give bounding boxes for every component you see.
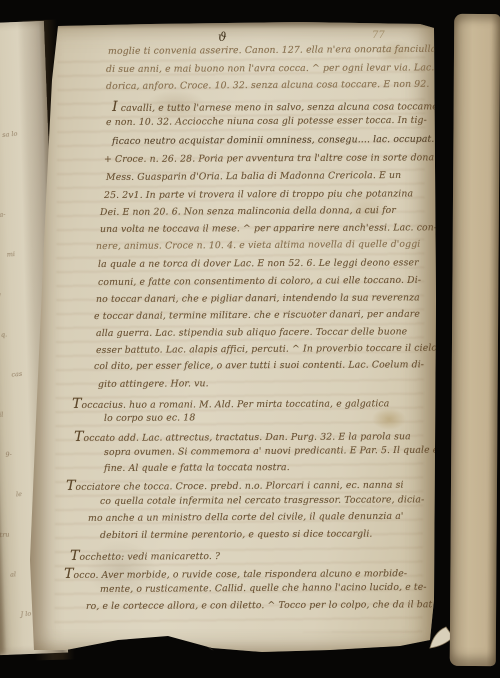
manuscript-line: lo corpo suo ec. 18 (104, 412, 195, 424)
manuscript-line: fine. Al quale e fatta la toccata nostra… (104, 462, 290, 474)
facing-page-text-ghost: J lo (20, 610, 31, 619)
manuscript-line: + Croce. n. 26. 28. Poria per avventura … (104, 152, 434, 165)
folio-number: 77 (372, 30, 385, 41)
manuscript-line: gito attingere. Hor. vu. (98, 378, 209, 390)
manuscript-line: co quella cotale infermita nel cercato t… (100, 494, 424, 507)
manuscript-line: ficaco neutro acquistar dominii omniness… (112, 134, 435, 147)
facing-page-text-ghost: al (10, 570, 17, 579)
facing-page-text-ghost: ra- (0, 210, 6, 219)
manuscript-line: la quale a ne torca di dover Lac. E non … (98, 257, 419, 270)
manuscript-line: una volta ne toccava il mese. ^ per appa… (100, 222, 437, 235)
facing-page-text-ghost: 9- (5, 450, 12, 459)
facing-page-text-ghost: Lte (0, 291, 1, 300)
manuscript-line: nere, animus. Croce n. 10. 4. e vieta al… (96, 239, 420, 252)
manuscript-line: Dei. E non 20. 6. Non senza malinconia d… (100, 205, 396, 218)
manuscript-line: debitori il termine perentorio, e questo… (100, 529, 373, 541)
facing-page-text-ghost: cas (11, 370, 23, 379)
manuscript-line: Tocciatore che tocca. Croce. prebd. n.o.… (66, 476, 404, 494)
manuscript-line: moglie ti convenia asserire. Canon. 127.… (108, 44, 436, 57)
manuscript-line: dorica, anforo. Croce. 10. 32. senza alc… (106, 79, 429, 92)
manuscript-line: Tocco. Aver morbide, o ruvide cose, tale… (64, 564, 407, 582)
manuscript-photo: t(g2-sa loil bra-miLteq.caspil9-letrualJ… (0, 0, 500, 678)
manuscript-line: 25. 2v1. In parte vi trovera il valore d… (104, 188, 413, 201)
facing-page-text-ghost: sa lo (2, 130, 18, 139)
manuscript-line: mo anche a un ministro della corte del c… (88, 511, 404, 524)
manuscript-line: di sue anni, e mai buono non l'avra cocc… (106, 62, 434, 75)
manuscript-line: Toccato add. Lac. attrectus, tractatus. … (74, 427, 411, 445)
manuscript-line: Tocchetto: vedi manicaretto. ? (70, 547, 220, 564)
facing-page-text-ghost: le (16, 490, 23, 499)
facing-page-text-ghost: pil (0, 411, 4, 420)
manuscript-line: col dito, per esser felice, o aver tutti… (94, 359, 424, 372)
manuscript-line: no toccar danari, che e pigliar danari, … (96, 292, 420, 305)
manuscript-line: e non. 10. 32. Acciocche niuna cosa gli … (106, 115, 427, 128)
manuscript-line: comuni, e fatte con consentimento di col… (98, 275, 421, 288)
manuscript-line: I cavalli, e tutto l'arnese meno in salv… (112, 97, 441, 115)
manuscript-line: esser battuto. Lac. alapis affici, percu… (96, 343, 437, 356)
manuscript-line: Toccacius. huo a romani. M. Ald. Per mir… (72, 394, 389, 412)
manuscript-line: mente, o rusticamente. Callid. quelle ch… (100, 582, 427, 595)
manuscript-line: e toccar danai, termine militare. che e … (94, 309, 420, 322)
facing-page-text-ghost: q. (1, 330, 8, 339)
manuscript-line: sopra ovumen. Si commemora a' nuovi pred… (104, 445, 438, 458)
facing-page-text-ghost: tru (0, 530, 10, 539)
manuscript-line: Mess. Guasparin d'Oria. La balia di Mado… (106, 170, 401, 183)
facing-page-text-ghost: mi (6, 250, 15, 259)
header-ornament: ϑ (218, 30, 227, 44)
manuscript-line: alla guerra. Lac. stipendia sub aliquo f… (96, 326, 407, 339)
manuscript-line: ro, e le cortecce allora, e con diletto.… (86, 599, 460, 612)
fore-edge-stack (416, 24, 466, 648)
